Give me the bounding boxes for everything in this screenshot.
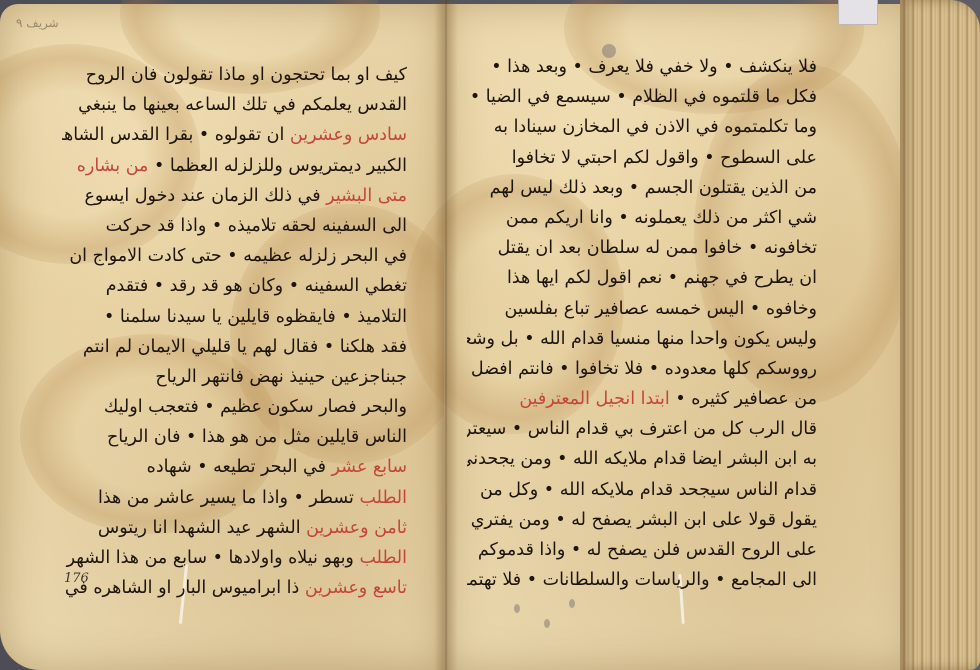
text-line: الطلب تسطر • واذا ما يسير عاشر من هذا <box>62 483 407 513</box>
text-line: يقول قولا على ابن البشر يصفح له • ومن يف… <box>467 505 817 535</box>
text-line: والبحر فصار سكون عظيم • فتعجب اوليك <box>62 392 407 422</box>
text-line: على السطوح • واقول لكم احبتي لا تخافوا <box>467 143 817 173</box>
page-fore-edge <box>900 0 980 670</box>
text-line: فقد هلكنا • فقال لهم يا قليلي الايمان لم… <box>62 332 407 362</box>
text-line: وما تكلمتموه في الاذن في المخازن سينادا … <box>467 112 817 142</box>
text-line: متى البشير في ذلك الزمان عند دخول ايسوع <box>62 181 407 211</box>
text-line: ثامن وعشرين الشهر عيد الشهدا انا ريتوس <box>62 513 407 543</box>
text-line: قال الرب كل من اعترف بي قدام الناس • سيع… <box>467 414 817 444</box>
text-line: فكل ما قلتموه في الظلام • سيسمع في الضيا… <box>467 82 817 112</box>
text-line: الناس قايلين مثل من هو هذا • فان الرياح <box>62 422 407 452</box>
paper-slip-marker <box>838 0 878 25</box>
text-line: وخافوه • اليس خمسه عصافير تباع بفلسين <box>467 294 817 324</box>
pencil-shelfmark: شريف ٩ <box>16 16 59 30</box>
rubric: الطلب <box>359 548 407 568</box>
text-line: سابع عشر في البحر تطيعه • شهاده <box>62 452 407 482</box>
text-line: من عصافير كثيره • ابتدا انجيل المعترفين <box>467 384 817 414</box>
text-line: الطلب وبهو نيلاه واولادها • سابع من هذا … <box>62 543 407 573</box>
right-page-text: فلا ينكشف • ولا خفي فلا يعرف • وبعد هذا … <box>467 52 817 595</box>
text-line: سادس وعشرين ان تقولوه • بقرا القدس الشاه… <box>62 120 407 150</box>
rubric: من بشاره <box>77 156 149 176</box>
text-line: قدام الناس سيجحد قدام ملايكه الله • وكل … <box>467 475 817 505</box>
rubric: سادس وعشرين <box>290 125 407 145</box>
text-line: من الذين يقتلون الجسم • وبعد ذلك ليس لهم <box>467 173 817 203</box>
text-line: الى المجامع • والرياسات والسلطانات • فلا… <box>467 565 817 595</box>
left-page-text: كيف او بما تحتجون او ماذا تقولون فان الر… <box>62 60 407 603</box>
mold-spot <box>569 599 575 608</box>
mold-spot <box>514 604 520 613</box>
rubric: سابع عشر <box>332 457 407 477</box>
rubric: الطلب <box>359 488 407 508</box>
text-line: تخافونه • خافوا ممن له سلطان بعد ان يقتل <box>467 233 817 263</box>
rubric: ابتدا انجيل المعترفين <box>519 389 669 409</box>
text-line: الكبير ديمتريوس وللزلزله العظما • من بشا… <box>62 151 407 181</box>
text-line: شي اكثر من ذلك يعملونه • وانا اريكم ممن <box>467 203 817 233</box>
text-line: تاسع وعشرين ذا ابراميوس البار او الشاهره… <box>62 573 407 603</box>
book-gutter <box>434 0 458 670</box>
text-line: ان يطرح في جهنم • نعم اقول لكم ايها هذا <box>467 263 817 293</box>
text-line: وليس يكون واحدا منها منسيا قدام الله • ب… <box>467 324 817 354</box>
text-line: به ابن البشر ايضا قدام ملايكه الله • ومن… <box>467 444 817 474</box>
rubric: ثامن وعشرين <box>306 518 407 538</box>
text-line: تغطي السفينه • وكان هو قد رقد • فتقدم <box>62 271 407 301</box>
text-line: القدس يعلمكم في تلك الساعه بعينها ما ينب… <box>62 90 407 120</box>
text-line: على الروح القدس فلن يصفح له • واذا قدموك… <box>467 535 817 565</box>
text-line: كيف او بما تحتجون او ماذا تقولون فان الر… <box>62 60 407 90</box>
text-line: الى السفينه لحقه تلاميذه • واذا قد حركت <box>62 211 407 241</box>
text-line: فلا ينكشف • ولا خفي فلا يعرف • وبعد هذا … <box>467 52 817 82</box>
text-line: رووسكم كلها معدوده • فلا تخافوا • فانتم … <box>467 354 817 384</box>
rubric: متى البشير <box>326 186 407 206</box>
rubric: تاسع وعشرين <box>305 578 407 598</box>
text-line: في البحر زلزله عظيمه • حتى كادت الامواج … <box>62 241 407 271</box>
text-line: جبناجزعين حينيذ نهض فانتهر الرياح <box>62 362 407 392</box>
text-line: التلاميذ • فايقظوه قايلين يا سيدنا سلمنا… <box>62 302 407 332</box>
manuscript-photo: شريف ٩ 176 كيف او بما تحتجون او ماذا تقو… <box>0 0 980 670</box>
mold-spot <box>544 619 550 628</box>
